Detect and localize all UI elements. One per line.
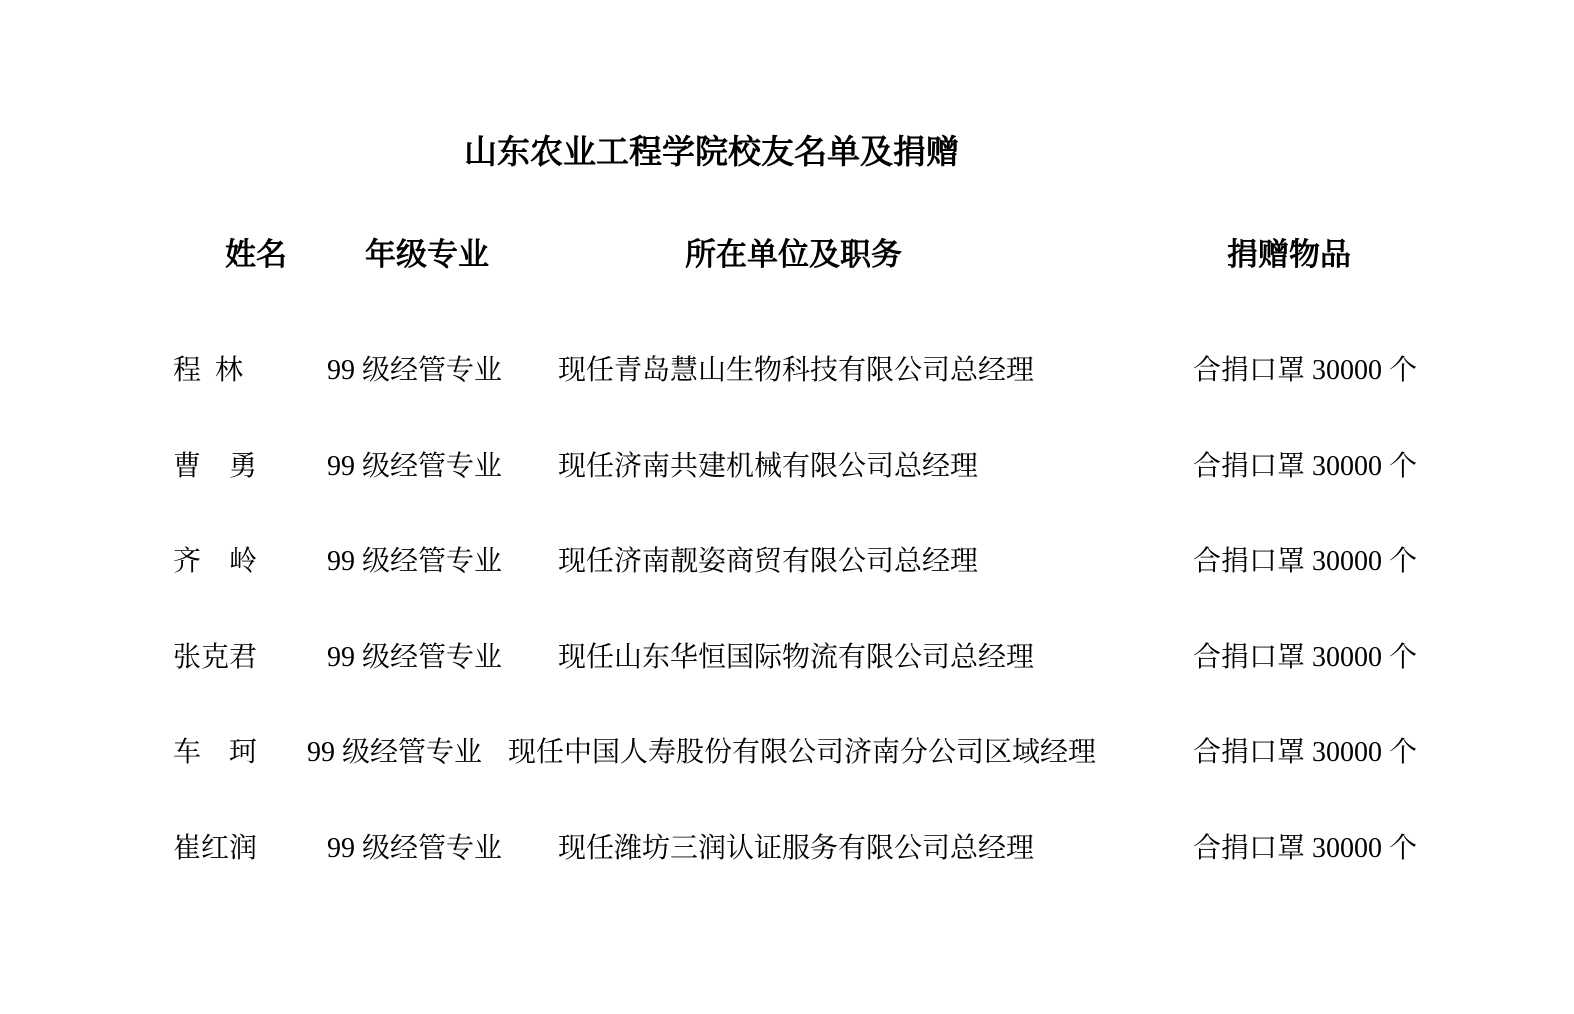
name-cell: 程 林 [173, 354, 243, 388]
column-header-unit-position: 所在单位及职务 [685, 236, 902, 274]
unit-position-cell: 现任山东华恒国际物流有限公司总经理 [558, 641, 1034, 675]
grade-cell: 99 级经管专业 [327, 545, 502, 579]
column-header-donation: 捐赠物品 [1227, 236, 1351, 274]
name-cell: 齐 岭 [173, 545, 257, 579]
name-cell: 曹 勇 [173, 450, 257, 484]
grade-cell: 99 级经管专业 [327, 450, 502, 484]
donation-cell: 合捐口罩 30000 个 [1193, 736, 1417, 770]
table-row: 崔红润 99 级经管专业 现任潍坊三润认证服务有限公司总经理 合捐口罩 3000… [0, 832, 1574, 870]
unit-position-cell: 现任中国人寿股份有限公司济南分公司区域经理 [508, 736, 1096, 770]
document-page: { "page": { "background": "#ffffff", "te… [0, 0, 1574, 1014]
name-cell: 车 珂 [173, 736, 257, 770]
table-row: 程 林 99 级经管专业 现任青岛慧山生物科技有限公司总经理 合捐口罩 3000… [0, 354, 1574, 392]
donation-cell: 合捐口罩 30000 个 [1193, 545, 1417, 579]
donation-cell: 合捐口罩 30000 个 [1193, 354, 1417, 388]
name-cell: 崔红润 [173, 832, 257, 866]
donation-cell: 合捐口罩 30000 个 [1193, 641, 1417, 675]
unit-position-cell: 现任青岛慧山生物科技有限公司总经理 [558, 354, 1034, 388]
grade-cell: 99 级经管专业 [327, 354, 502, 388]
table-row: 曹 勇 99 级经管专业 现任济南共建机械有限公司总经理 合捐口罩 30000 … [0, 450, 1574, 488]
grade-cell: 99 级经管专业 [307, 736, 482, 770]
unit-position-cell: 现任济南靓姿商贸有限公司总经理 [558, 545, 978, 579]
grade-cell: 99 级经管专业 [327, 832, 502, 866]
column-header-name: 姓名 [225, 236, 287, 274]
donation-cell: 合捐口罩 30000 个 [1193, 450, 1417, 484]
page-title: 山东农业工程学院校友名单及捐赠 [464, 133, 959, 173]
name-cell: 张克君 [173, 641, 257, 675]
unit-position-cell: 现任济南共建机械有限公司总经理 [558, 450, 978, 484]
unit-position-cell: 现任潍坊三润认证服务有限公司总经理 [558, 832, 1034, 866]
table-row: 齐 岭 99 级经管专业 现任济南靓姿商贸有限公司总经理 合捐口罩 30000 … [0, 545, 1574, 583]
donation-cell: 合捐口罩 30000 个 [1193, 832, 1417, 866]
column-header-grade-major: 年级专业 [365, 236, 489, 274]
grade-cell: 99 级经管专业 [327, 641, 502, 675]
table-row: 张克君 99 级经管专业 现任山东华恒国际物流有限公司总经理 合捐口罩 3000… [0, 641, 1574, 679]
table-row: 车 珂 99 级经管专业 现任中国人寿股份有限公司济南分公司区域经理 合捐口罩 … [0, 736, 1574, 774]
